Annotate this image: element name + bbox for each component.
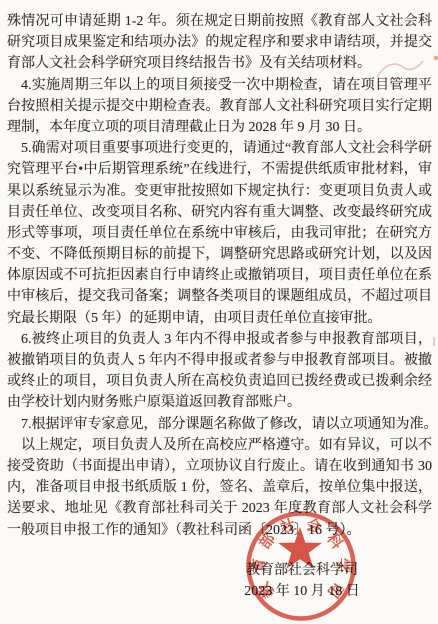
document-line: 被撤销项目的负责人 5 年内不得申报或者参与申报教育部项目。被撤销 [7, 350, 432, 371]
signature-org: 教育部社会科学司 [223, 560, 381, 581]
document-line: 内，准备项目申报书纸质版 1 份，签名、盖章后，按单位集中报送，报 [7, 477, 432, 498]
document-line: 台按照相关提示提交中期检查表。教育部人文社科研究项目实行定期清 [7, 96, 432, 117]
document-line: 送要求、地址见《教育部社科司关于 2023 年度教育部人文社会科学研究 [7, 498, 432, 519]
document-body: 殊情况可申请延期 1-2 年。须在规定日期前按照《教育部人文社会科学研究项目成果… [0, 0, 438, 541]
document-line: 目责任单位、改变项目名称、研究内容有重大调整、改变最终研究成果 [7, 202, 432, 223]
document-line: 以上规定，项目负责人及所在高校应严格遵守。如有异议，可以不 [7, 435, 432, 456]
document-line: 6.被终止项目的负责人 3 年内不得申报或者参与申报教育部项目， [7, 329, 432, 350]
document-line: 或终止的项目，项目负责人所在高校负责追回已拨经费或已拨剩余经费， [7, 371, 432, 392]
document-line: 4.实施周期三年以上的项目须接受一次中期检查，请在项目管理平 [7, 75, 432, 96]
document-line: 理制，本年度立项的项目清理截止日为 2028 年 9 月 30 日。 [7, 117, 432, 138]
signature-date: 2023 年 10 月 18 日 [223, 581, 381, 602]
document-line: 究最长期限（5 年）的延期申请，由项目责任单位直接审批。 [7, 308, 432, 329]
document-line: 究管理平台•中后期管理系统”在线进行，不需提供纸质审批材料，审批结 [7, 159, 432, 180]
document-line: 一般项目申报工作的通知》（教社科司函〔2023〕16 号）。 [7, 520, 432, 541]
document-line: 不变、不降低预期目标的前提下，调整研究思路或研究计划，以及因身 [7, 244, 432, 265]
document-line: 5.确需对项目重要事项进行变更的，请通过“教育部人文社会科学研 [7, 138, 432, 159]
document-line: 体原因或不可抗拒因素自行申请终止或撤销项目，项目责任单位在系统 [7, 265, 432, 286]
document-line: 中审核后，提交我司备案；调整各类项目的课题组成员，不超过项目研 [7, 286, 432, 307]
document-line: 接受资助（书面提出申请），立项协议自行废止。请在收到通知书 30 日 [7, 456, 432, 477]
document-line: 7.根据评审专家意见，部分课题名称做了修改，请以立项通知为准。 [7, 414, 432, 435]
document-line: 由学校计划内财务账户原渠道返回教育部账户。 [7, 392, 432, 413]
document-page: 殊情况可申请延期 1-2 年。须在规定日期前按照《教育部人文社会科学研究项目成果… [0, 0, 438, 624]
signature-block: 教育部社会科学司 2023 年 10 月 18 日 [223, 560, 381, 602]
document-line: 研究项目成果鉴定和结项办法》的规定程序和要求申请结项，并提交《教 [7, 32, 432, 53]
document-line: 形式等事项，项目责任单位在系统中审核后，由我司审批；在研究方向 [7, 223, 432, 244]
document-line: 育部人文社会科学研究项目终结报告书》及有关结项材料。 [7, 53, 432, 74]
document-line: 殊情况可申请延期 1-2 年。须在规定日期前按照《教育部人文社会科学 [7, 11, 432, 32]
document-line: 果以系统显示为准。变更审批按照如下规定执行：变更项目负责人或项 [7, 181, 432, 202]
